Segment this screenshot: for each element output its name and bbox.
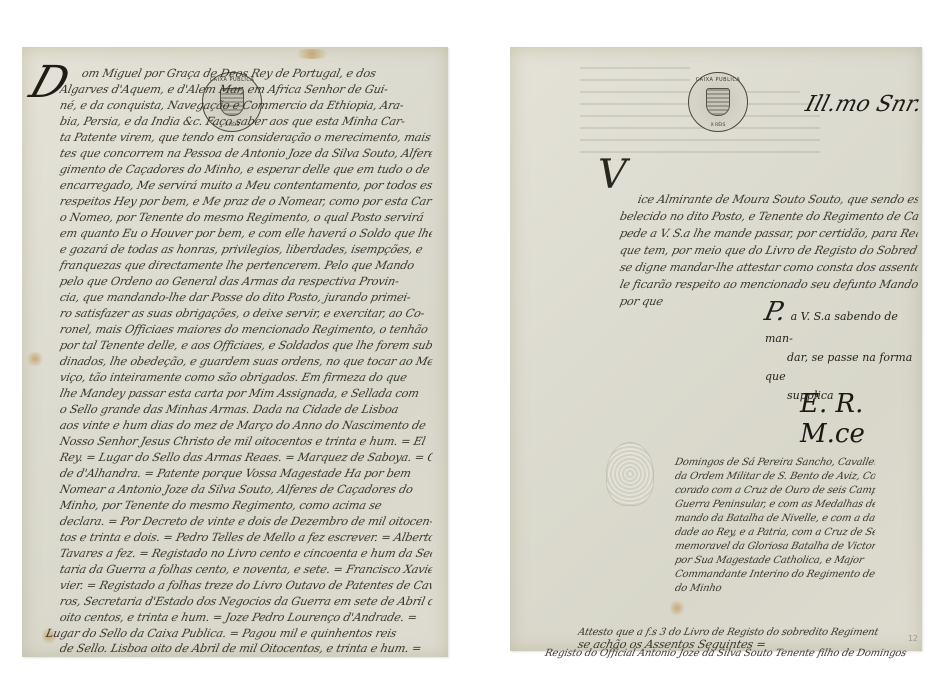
manuscript-line: Rey. = Lugar do Sello das Armas Reaes. =… [59, 451, 434, 464]
manuscript-line: Nomear a Antonio Joze da Silva Souto, Al… [59, 483, 434, 496]
manuscript-line: por Sua Magestade Catholica, e Major [674, 555, 876, 566]
manuscript-line: memoravel da Gloriosa Batalha de Victori… [674, 541, 876, 552]
manuscript-line: né, e da conquista, Navegação e Commerci… [59, 99, 434, 112]
manuscript-line: lhe Mandey passar esta carta por Mim Ass… [59, 387, 434, 400]
manuscript-line: belecido no dito Posto, e Tenente do Reg… [619, 210, 920, 223]
manuscript-line: Tavares a fez. = Registado no Livro cent… [59, 547, 434, 560]
manuscript-page-right: CAIXA PUBLICA X RÉIS Ill.mo Snr. V ice A… [510, 47, 922, 651]
manuscript-line: o Sello grande das Minhas Armas. Dada na… [59, 403, 434, 416]
manuscript-line: de Sello. Lisboa oito de Abril de mil Oi… [59, 642, 434, 655]
manuscript-line: Lugar do Sello da Caixa Publica. = Pagou… [45, 627, 434, 640]
manuscript-line: bia, Persia, e da India &c. Faço saber a… [59, 115, 434, 128]
manuscript-line: Domingos de Sá Pereira Sancho, Cavalleir… [674, 457, 876, 468]
manuscript-line: Commandante Interino do Regimento de Caç… [674, 569, 876, 580]
manuscript-line: Registo do Official Antonio Joze da Silv… [544, 648, 911, 659]
paper-stain [292, 49, 332, 59]
manuscript-line: Nosso Senhor Jesus Christo de mil oitoce… [59, 435, 434, 448]
manuscript-line: dade ao Rey, e a Patria, com a Cruz de S… [674, 527, 876, 538]
manuscript-line: encarregado, Me servirá muito a Meu cont… [59, 179, 434, 192]
manuscript-line: se digne mandar-lhe attestar como consta… [619, 261, 920, 274]
manuscript-line: om Miguel por Graça de Deos Rey de Portu… [81, 67, 434, 80]
manuscript-line: vier. = Registado a folhas treze do Livr… [59, 579, 434, 592]
manuscript-line: o Nomeo, por Tenente do mesmo Regimento,… [59, 211, 434, 224]
manuscript-line: ronel, mais Officiaes maiores do mencion… [59, 323, 434, 336]
manuscript-line: do Minho [674, 583, 876, 594]
manuscript-line: Minho, por Tenente do mesmo Regimento, c… [59, 499, 434, 512]
manuscript-line: mando da Batalha de Nivelle, e com a da … [674, 513, 876, 524]
paper-stain [670, 600, 684, 616]
manuscript-line: tes que concorrem na Pessoa de Antonio J… [59, 147, 434, 160]
closing-prefix: P. [762, 297, 789, 327]
manuscript-line: oito centos, e trinta e hum. = Joze Pedr… [59, 611, 434, 624]
manuscript-line: ice Almirante de Moura Souto Souto, que … [637, 193, 920, 206]
stamp-bottom-text: X RÉIS [689, 123, 747, 128]
manuscript-line: ta Patente virem, que tendo em considera… [59, 131, 434, 144]
manuscript-line: ro satisfazer as suas obrigações, o deix… [59, 307, 434, 320]
manuscript-line: Guerra Peninsular, e com as Medalhas de … [674, 499, 876, 510]
stamp-top-text: CAIXA PUBLICA [689, 77, 747, 83]
manuscript-line: aos vinte e hum dias do mez de Março do … [59, 419, 434, 432]
manuscript-line: le ficarão respeito ao mencionado seu de… [619, 278, 920, 291]
manuscript-line: taria da Guerra a folhas cento, e novent… [59, 563, 434, 576]
manuscript-line: e gozará de todas as honras, privilegios… [59, 243, 434, 256]
decorative-initial: V [598, 152, 627, 198]
manuscript-line: viço, tão inteiramente como são obrigado… [59, 371, 434, 384]
manuscript-line: em quanto Eu o Houver por bem, e com ell… [59, 227, 434, 240]
manuscript-line: pede a V. S.a lhe mande passar, por cert… [619, 227, 920, 240]
manuscript-line: respeitos Hey por bem, e Me praz de o No… [59, 195, 434, 208]
manuscript-line: dinados, lhe obedeção, e guardem suas or… [59, 355, 434, 368]
manuscript-line: declara. = Por Decreto de vinte e dois d… [59, 515, 434, 528]
manuscript-page-left: D CAIXA PUBLICA X RÉIS om Miguel por Gra… [22, 47, 448, 657]
bleed-through-line [580, 67, 690, 69]
bleed-through-line [580, 79, 690, 81]
embossed-seal-icon [606, 442, 654, 506]
manuscript-line: gimento de Caçadores do Minho, e esperar… [59, 163, 434, 176]
manuscript-line: por tal Tenente delle, e aos Officiaes, … [59, 339, 434, 352]
manuscript-line: Attesto que a f.s 3 do Livro de Registo … [577, 627, 879, 638]
manuscript-line: que tem, por meio que do Livro de Regist… [619, 244, 920, 257]
salutation: Ill.mo Snr. [803, 92, 925, 117]
paper-stain [26, 352, 44, 366]
closing-formula: P. a V. S.a sabendo de man- dar, se pass… [765, 297, 922, 403]
bleed-through-line [580, 139, 820, 141]
caixa-publica-stamp-icon: CAIXA PUBLICA X RÉIS [688, 72, 748, 132]
coat-of-arms-icon [706, 88, 730, 116]
closing-line: dar, se passe na forma que [765, 351, 912, 383]
page-number: 12 [908, 634, 918, 643]
manuscript-line: ros, Secretaria d'Estado dos Negocios da… [59, 595, 434, 608]
manuscript-line: tos e trinta e dois. = Pedro Telles de M… [59, 531, 434, 544]
manuscript-line: Algarves d'Aquem, e d'Alem Mar, em Afric… [59, 83, 434, 96]
manuscript-line: corado com a Cruz de Ouro de seis Campan… [674, 485, 876, 496]
erm-signature: E. R. M.ce [800, 389, 922, 449]
manuscript-line: de d'Alhandra. = Patente porque Vossa Ma… [59, 467, 434, 480]
manuscript-line: franquezas que directamente lhe pertence… [59, 259, 434, 272]
manuscript-line: por que [619, 295, 702, 308]
manuscript-line: pelo que Ordeno ao General das Armas da … [59, 275, 434, 288]
manuscript-line: cia, que mandando-lhe dar Posse do dito … [59, 291, 434, 304]
manuscript-line: da Ordem Militar de S. Bento de Aviz, Co… [674, 471, 876, 482]
